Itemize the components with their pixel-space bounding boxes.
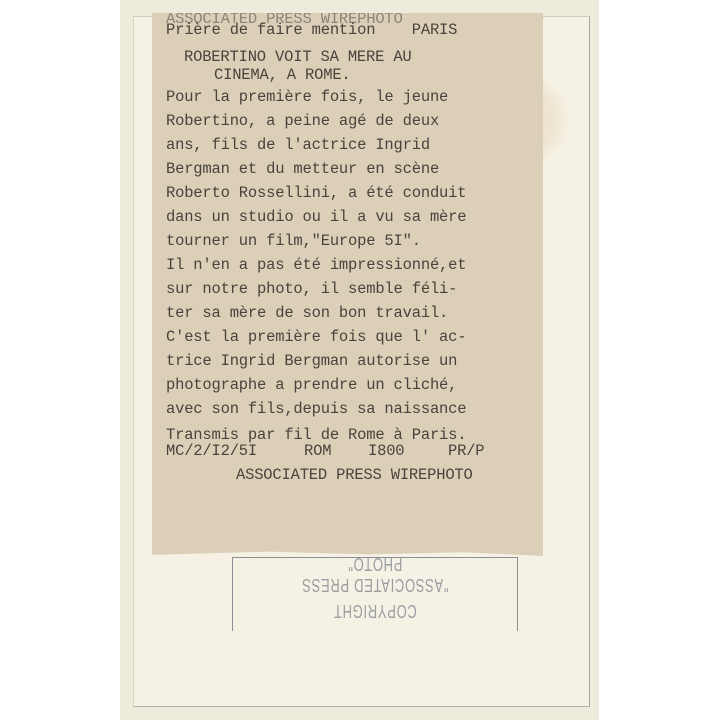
body-line: C'est la première fois que l' ac- (166, 330, 466, 346)
body-line: dans un studio ou il a vu sa mère (166, 210, 466, 226)
body-line: Il n'en a pas été impressionné,et (166, 258, 466, 274)
credit-request: Prière de faire mention PARIS (166, 23, 457, 39)
body-line: Pour la première fois, le jeune (166, 90, 448, 106)
body-line: sur notre photo, il semble féli- (166, 282, 457, 298)
reference-code: MC/2/I2/5I (166, 444, 257, 460)
stamp-agency-text: "ASSOCIATED PRESS PHOTO" (273, 553, 477, 595)
body-line: avec son fils,depuis sa naissance (166, 402, 466, 418)
reference-origin: ROM (304, 444, 331, 460)
copyright-stamp: COPYRIGHT "ASSOCIATED PRESS PHOTO" (232, 557, 518, 631)
headline-line-2: CINEMA, A ROME. (214, 68, 351, 84)
document-stage: ASSOCIATED PRESS WIREPHOTO Prière de fai… (0, 0, 720, 720)
agency-line: ASSOCIATED PRESS WIREPHOTO (236, 468, 473, 484)
body-line: ans, fils de l'actrice Ingrid (166, 138, 430, 154)
body-line: tourner un film,"Europe 5I". (166, 234, 421, 250)
stamp-copyright-text: COPYRIGHT (273, 600, 477, 621)
body-line: photographe a prendre un cliché, (166, 378, 457, 394)
body-line: Robertino, a peine agé de deux (166, 114, 439, 130)
reference-time: I800 (368, 444, 404, 460)
body-line: Roberto Rossellini, a été conduit (166, 186, 466, 202)
caption-slip: ASSOCIATED PRESS WIREPHOTO Prière de fai… (152, 13, 543, 556)
body-line: trice Ingrid Bergman autorise un (166, 354, 457, 370)
headline-line-1: ROBERTINO VOIT SA MERE AU (184, 50, 412, 66)
reference-dest: PR/P (448, 444, 484, 460)
body-line: ter sa mère de son bon travail. (166, 306, 448, 322)
body-line: Bergman et du metteur en scène (166, 162, 439, 178)
